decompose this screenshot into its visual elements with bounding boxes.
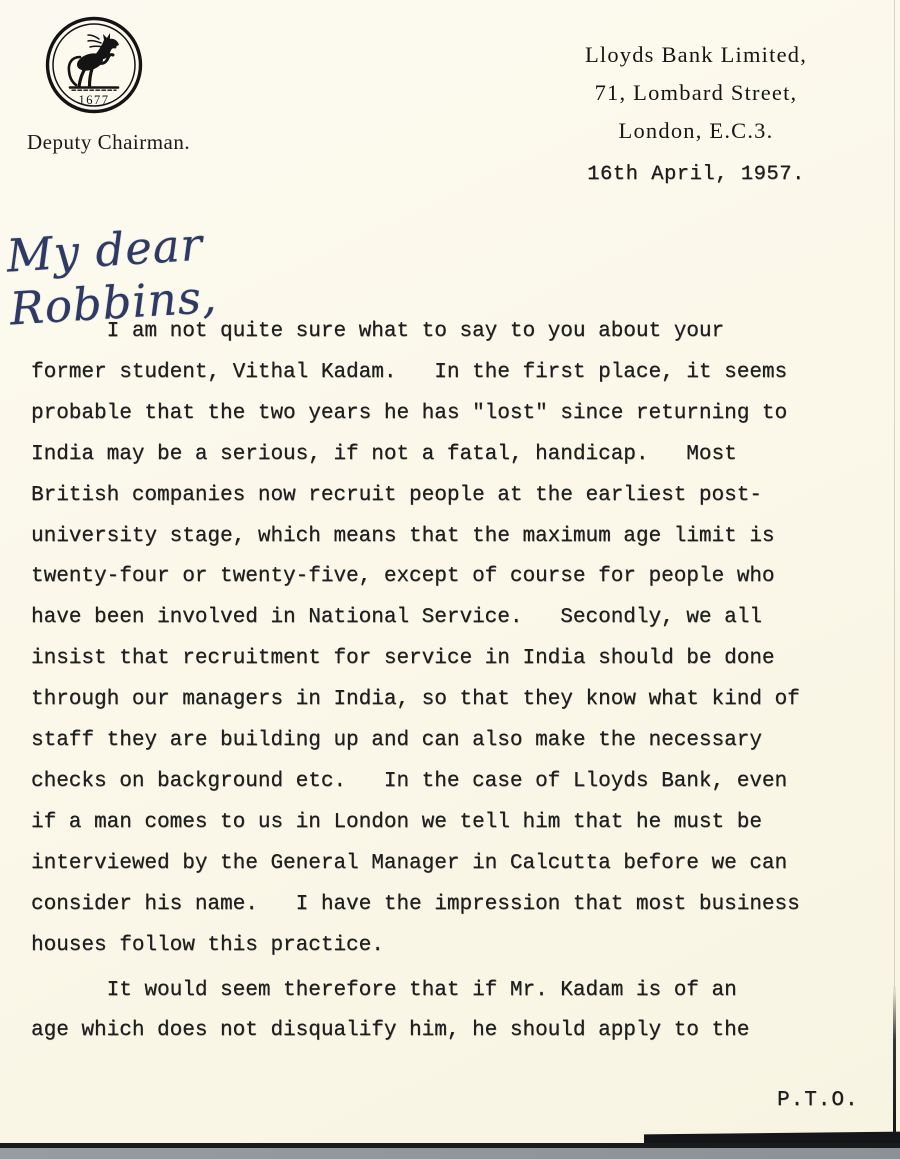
typed-line: university stage, which means that the m… [31,517,800,558]
typed-line: It would seem therefore that if Mr. Kada… [31,971,800,1012]
typed-line: twenty-four or twenty-five, except of co… [31,557,800,598]
letterhead-address: Lloyds Bank Limited, 71, Lombard Street,… [540,36,852,194]
paragraph-1: I am not quite sure what to say to you a… [31,312,800,967]
paper-edge-right-faint [894,0,895,990]
scanner-mat-bottom [0,1148,900,1159]
paper-edge-right [893,985,896,1145]
typed-line: India may be a serious, if not a fatal, … [31,435,800,476]
paragraph-2: It would seem therefore that if Mr. Kada… [31,971,800,1053]
address-street: 71, Lombard Street, [540,74,852,112]
typed-line: interviewed by the General Manager in Ca… [31,844,800,885]
logo-svg: 1677 [44,15,144,115]
letter-page: 1677 Deputy Chairman. Lloyds Bank Limite… [0,0,900,1159]
typed-line: age which does not disqualify him, he sh… [31,1011,800,1052]
typed-line: checks on background etc. In the case of… [31,762,800,803]
deputy-chairman-label: Deputy Chairman. [27,130,190,155]
typed-line: have been involved in National Service. … [31,598,800,639]
typed-line: former student, Vithal Kadam. In the fir… [31,353,800,394]
typed-line: consider his name. I have the impression… [31,885,800,926]
lloyds-black-horse-icon: 1677 [44,15,144,115]
typed-line: insist that recruitment for service in I… [31,639,800,680]
pto-note: P.T.O. [777,1089,859,1112]
typed-line: probable that the two years he has "lost… [31,394,800,435]
typed-line: I am not quite sure what to say to you a… [31,312,800,353]
typed-line: through our managers in India, so that t… [31,680,800,721]
typed-line: staff they are building up and can also … [31,721,800,762]
letter-date: 16th April, 1957. [540,156,852,194]
typed-line: if a man comes to us in London we tell h… [31,803,800,844]
letter-body: I am not quite sure what to say to you a… [31,312,800,1052]
address-city: London, E.C.3. [540,112,852,150]
typed-line: British companies now recruit people at … [31,476,800,517]
typed-line: houses follow this practice. [31,926,800,967]
logo-year-label: 1677 [79,93,110,107]
bank-name: Lloyds Bank Limited, [540,36,852,74]
